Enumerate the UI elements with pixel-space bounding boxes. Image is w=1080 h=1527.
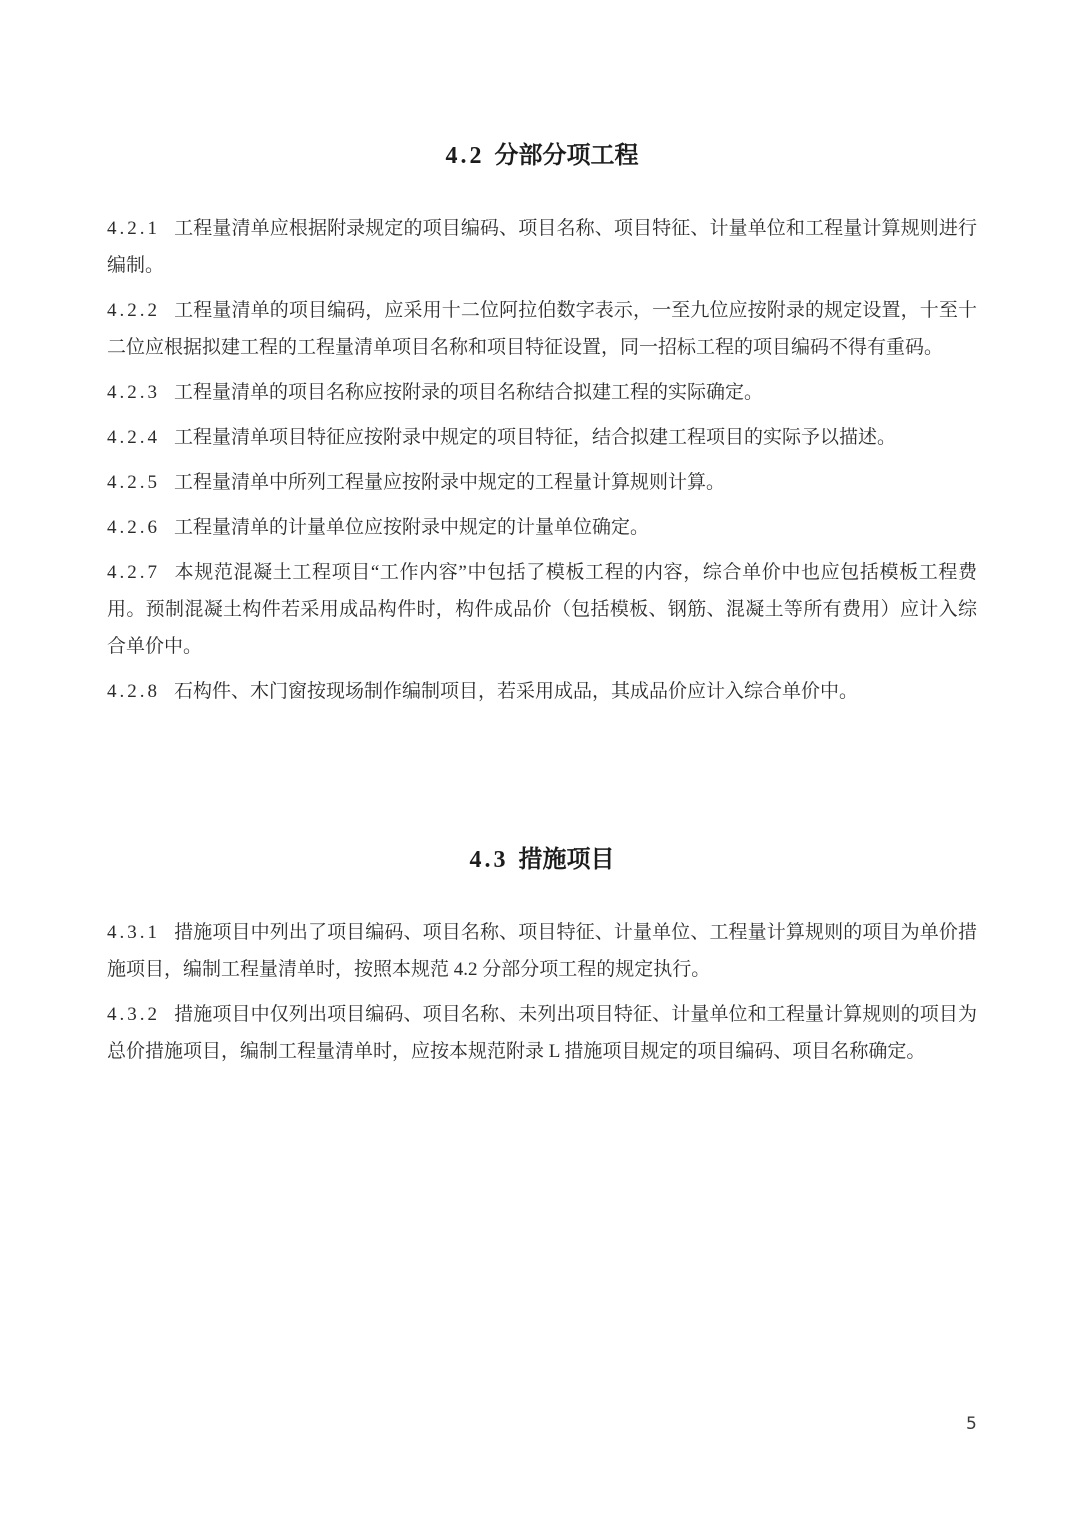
clause-4-3-2-number: 4.3.2 — [107, 1004, 174, 1025]
section-4-3-name: 措施项目 — [519, 847, 615, 873]
clause-4-2-3-number: 4.2.3 — [107, 382, 174, 403]
clause-4-2-4-number: 4.2.4 — [107, 427, 174, 448]
clause-4-2-7: 4.2.7本规范混凝土工程项目“工作内容”中包括了模板工程的内容，综合单价中也应… — [107, 554, 977, 665]
clause-4-2-5-text: 工程量清单中所列工程量应按附录中规定的工程量计算规则计算。 — [174, 472, 725, 493]
clause-4-2-2-text: 工程量清单的项目编码，应采用十二位阿拉伯数字表示，一至九位应按附录的规定设置，十… — [107, 300, 977, 358]
clause-4-2-7-text: 本规范混凝土工程项目“工作内容”中包括了模板工程的内容，综合单价中也应包括模板工… — [107, 562, 977, 657]
clause-4-3-1-text: 措施项目中列出了项目编码、项目名称、项目特征、计量单位、工程量计算规则的项目为单… — [107, 922, 977, 980]
clause-4-2-4: 4.2.4工程量清单项目特征应按附录中规定的项目特征，结合拟建工程项目的实际予以… — [107, 419, 977, 456]
clause-4-2-6: 4.2.6工程量清单的计量单位应按附录中规定的计量单位确定。 — [107, 509, 977, 546]
document-content: 4.2分部分项工程 4.2.1工程量清单应根据附录规定的项目编码、项目名称、项目… — [0, 0, 1080, 1070]
clause-4-3-2: 4.3.2措施项目中仅列出项目编码、项目名称、未列出项目特征、计量单位和工程量计… — [107, 996, 977, 1070]
clause-4-2-6-number: 4.2.6 — [107, 517, 174, 538]
clause-4-2-4-text: 工程量清单项目特征应按附录中规定的项目特征，结合拟建工程项目的实际予以描述。 — [174, 427, 896, 448]
clause-4-2-6-text: 工程量清单的计量单位应按附录中规定的计量单位确定。 — [174, 517, 649, 538]
clause-4-2-7-number: 4.2.7 — [107, 562, 174, 583]
clause-4-2-3: 4.2.3工程量清单的项目名称应按附录的项目名称结合拟建工程的实际确定。 — [107, 374, 977, 411]
clause-4-2-8: 4.2.8石构件、木门窗按现场制作编制项目，若采用成品，其成品价应计入综合单价中… — [107, 673, 977, 710]
section-4-3-title: 4.3措施项目 — [107, 718, 977, 876]
clause-4-2-3-text: 工程量清单的项目名称应按附录的项目名称结合拟建工程的实际确定。 — [174, 382, 763, 403]
page-number: 5 — [966, 1413, 977, 1435]
clause-4-3-2-text: 措施项目中仅列出项目编码、项目名称、未列出项目特征、计量单位和工程量计算规则的项… — [107, 1004, 977, 1062]
document-page: 4.2分部分项工程 4.2.1工程量清单应根据附录规定的项目编码、项目名称、项目… — [0, 0, 1080, 1527]
clause-4-2-8-text: 石构件、木门窗按现场制作编制项目，若采用成品，其成品价应计入综合单价中。 — [174, 681, 858, 702]
section-4-3-number: 4.3 — [470, 847, 509, 873]
clause-4-2-8-number: 4.2.8 — [107, 681, 174, 702]
clause-4-3-1: 4.3.1措施项目中列出了项目编码、项目名称、项目特征、计量单位、工程量计算规则… — [107, 914, 977, 988]
section-4-2-title: 4.2分部分项工程 — [107, 0, 977, 172]
clause-4-2-1: 4.2.1工程量清单应根据附录规定的项目编码、项目名称、项目特征、计量单位和工程… — [107, 210, 977, 284]
clause-4-2-2-number: 4.2.2 — [107, 300, 174, 321]
section-4-2-number: 4.2 — [446, 143, 485, 169]
clause-4-2-5-number: 4.2.5 — [107, 472, 174, 493]
section-4-2-name: 分部分项工程 — [495, 143, 639, 169]
clause-4-2-1-number: 4.2.1 — [107, 218, 174, 239]
clause-4-2-2: 4.2.2工程量清单的项目编码，应采用十二位阿拉伯数字表示，一至九位应按附录的规… — [107, 292, 977, 366]
clause-4-2-5: 4.2.5工程量清单中所列工程量应按附录中规定的工程量计算规则计算。 — [107, 464, 977, 501]
clause-4-2-1-text: 工程量清单应根据附录规定的项目编码、项目名称、项目特征、计量单位和工程量计算规则… — [107, 218, 977, 276]
clause-4-3-1-number: 4.3.1 — [107, 922, 174, 943]
